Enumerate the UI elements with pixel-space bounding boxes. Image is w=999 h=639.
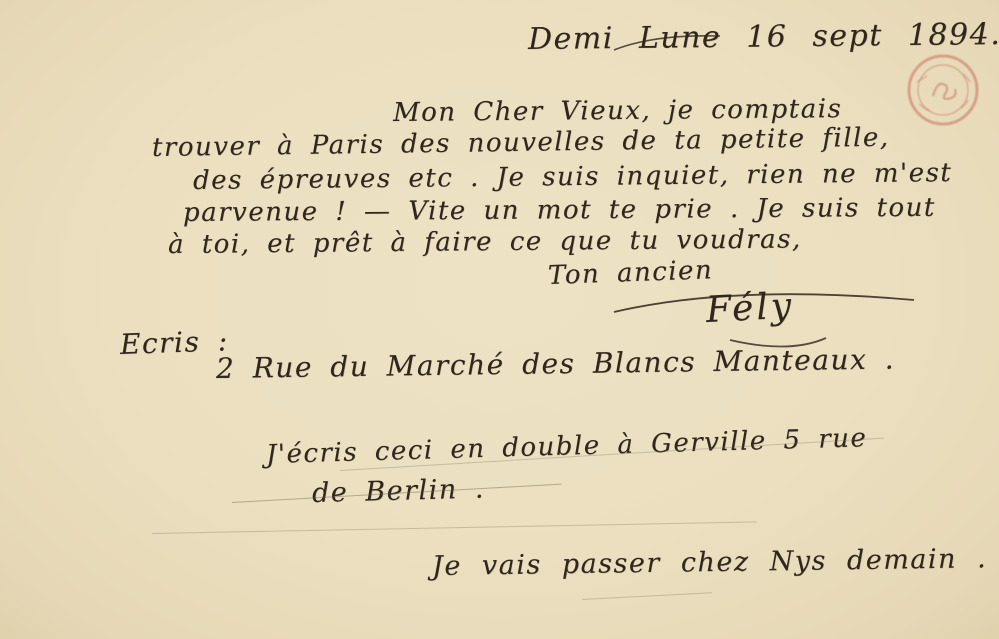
body-line-2: trouver à Paris des nouvelles de ta peti… <box>152 123 890 163</box>
scanned-letter-page: { "letter": { "dateline": "Demi Lune 16 … <box>0 0 999 639</box>
postscript-line-1: J'écris ceci en double à Gerville 5 rue <box>266 423 868 470</box>
postscript-line-2: de Berlin . <box>312 473 486 509</box>
body-line-3: des épreuves etc . Je suis inquiet, rien… <box>193 158 953 196</box>
dateline: Demi Lune 16 sept 1894. <box>528 17 999 57</box>
pencil-underline <box>582 592 712 600</box>
dateline-swash-stroke <box>612 30 722 56</box>
write-label: Ecris : <box>119 324 229 361</box>
pencil-separator-line <box>152 521 757 534</box>
body-line-1: Mon Cher Vieux, je comptais <box>393 94 843 128</box>
body-line-4: parvenue ! — Vite un mot te prie . Je su… <box>183 193 936 228</box>
address-line: 2 Rue du Marché des Blancs Manteaux . <box>216 343 896 385</box>
red-ink-stamp <box>905 52 981 128</box>
final-note: Je vais passer chez Nys demain . <box>432 543 988 582</box>
signature-flourish-stroke <box>610 278 920 348</box>
